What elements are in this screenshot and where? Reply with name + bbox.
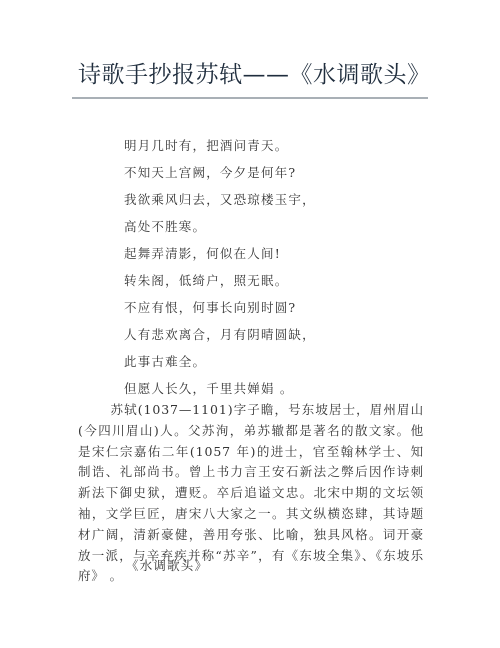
poem-line: 起舞弄清影，何似在人间! — [124, 244, 316, 271]
poem-line: 转朱阁，低绮户，照无眠。 — [124, 271, 316, 298]
poem-line: 不知天上宫阙，今夕是何年? — [124, 163, 316, 190]
poem-line: 人有悲欢离合，月有阴晴圆缺， — [124, 325, 316, 352]
poem-line: 我欲乘风归去，又恐琼楼玉宇， — [124, 190, 316, 217]
closing-poem-title: 《水调歌头》 — [126, 556, 208, 576]
poem-line: 此事古难全。 — [124, 352, 316, 379]
poem-line: 高处不胜寒。 — [124, 217, 316, 244]
page-title: 诗歌手抄报苏轼——《水调歌头》 — [78, 60, 431, 90]
document-page: 诗歌手抄报苏轼——《水调歌头》 明月几时有，把酒问青天。 不知天上宫阙，今夕是何… — [0, 0, 500, 648]
title-divider — [72, 97, 428, 99]
poem-line: 不应有恨，何事长向别时圆? — [124, 298, 316, 325]
poem-body: 明月几时有，把酒问青天。 不知天上宫阙，今夕是何年? 我欲乘风归去，又恐琼楼玉宇… — [124, 136, 316, 406]
poem-line: 明月几时有，把酒问青天。 — [124, 136, 316, 163]
